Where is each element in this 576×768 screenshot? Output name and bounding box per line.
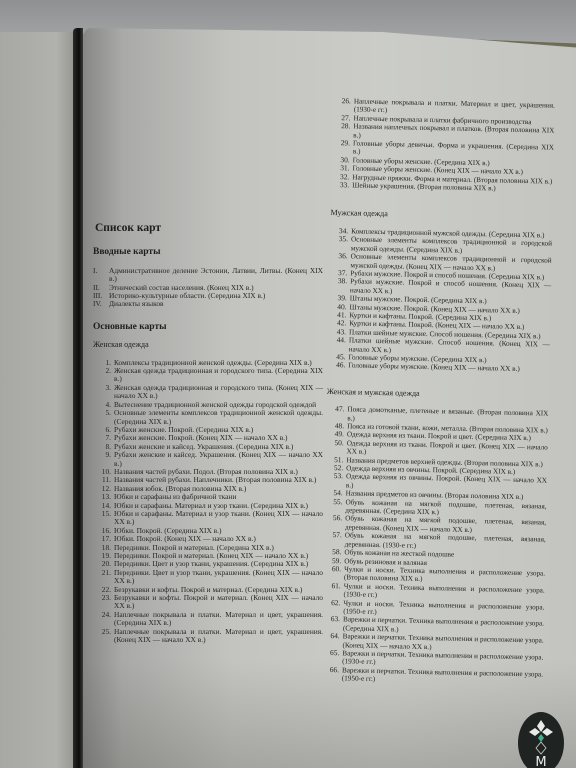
- item-number: 61.: [323, 582, 344, 591]
- subsection-heading-men: Мужская одежда: [330, 209, 552, 222]
- item-number: 29.: [332, 139, 353, 148]
- item-text: Основные элементы комплексов традиционно…: [114, 409, 323, 426]
- item-number: 2.: [93, 367, 114, 375]
- left-page: [0, 32, 80, 768]
- item-number: 50.: [326, 439, 347, 448]
- item-number: 26.: [333, 97, 354, 106]
- book-spine: [73, 28, 83, 768]
- item-number: 57.: [324, 531, 345, 540]
- women-list-part2: 26.Наплечные покрывала и платки. Материа…: [331, 97, 555, 194]
- item-number: 36.: [330, 252, 351, 261]
- svg-text:M: M: [535, 755, 546, 768]
- list-item: 15.Юбки и сарафаны. Материал и узор ткан…: [93, 510, 323, 527]
- section-heading-intro: Вводные карты: [93, 248, 323, 256]
- item-number: 64.: [322, 632, 343, 641]
- both-list: 47.Пояса домотканые, плетеные и вязаные.…: [321, 405, 549, 687]
- item-text: Женская одежда традиционная и городского…: [114, 384, 323, 401]
- right-column: 26.Наплечные покрывала и платки. Материа…: [320, 97, 555, 701]
- item-number: 55.: [324, 498, 345, 507]
- item-number: 33.: [331, 181, 352, 190]
- item-number: 9.: [93, 451, 114, 459]
- item-number: I.: [93, 267, 109, 275]
- item-number: 25.: [93, 628, 114, 636]
- list-item: IV.Диалекты языков: [93, 300, 323, 308]
- item-text: Безрукавки и кофты. Покрой и материал. (…: [114, 594, 323, 611]
- item-number: 28.: [332, 122, 353, 131]
- item-number: 53.: [325, 472, 346, 481]
- item-number: 47.: [326, 405, 347, 414]
- page-title: Список карт: [95, 224, 323, 232]
- item-text: Варежки и перчатки. Техника выполнения и…: [342, 666, 543, 687]
- list-item: 23.Безрукавки и кофты. Покрой и материал…: [93, 594, 323, 611]
- item-text: Административное деление Эстонии, Латвии…: [109, 267, 323, 284]
- item-number: 5.: [93, 409, 114, 417]
- subsection-heading-both: Женская и мужская одежда: [327, 388, 549, 401]
- list-item: 66.Варежки и перчатки. Техника выполнени…: [321, 666, 543, 687]
- item-text: Диалекты языков: [109, 300, 323, 308]
- watermark-logo: M: [518, 712, 564, 768]
- list-item: I.Административное деление Эстонии, Латв…: [93, 267, 323, 284]
- list-item: 2.Женская одежда традиционная и городско…: [93, 367, 323, 384]
- left-column: Список карт Вводные карты I.Администрати…: [93, 224, 323, 658]
- item-number: 15.: [93, 510, 114, 518]
- item-number: IV.: [93, 300, 109, 308]
- item-text: Юбки и сарафаны. Материал и узор ткани. …: [114, 510, 323, 527]
- item-number: 24.: [93, 611, 114, 619]
- subsection-heading-women: Женская одежда: [93, 341, 323, 349]
- item-text: Рубахи женские и кайсед. Украшения. (Кон…: [114, 451, 323, 468]
- item-number: 44.: [328, 336, 349, 345]
- women-list-part1: 1.Комплексы традиционной женской одежды.…: [93, 359, 323, 645]
- item-number: 62.: [322, 598, 343, 607]
- list-item: 9.Рубахи женские и кайсед. Украшения. (К…: [93, 451, 323, 468]
- item-number: 38.: [329, 277, 350, 286]
- list-item: 21.Передники. Цвет и узор ткани, украшен…: [93, 569, 323, 586]
- flower-logo-icon: M: [526, 718, 556, 768]
- item-text: Наплечные покрывала и платки. Материал и…: [114, 611, 323, 628]
- item-number: 21.: [93, 569, 114, 577]
- item-number: 3.: [93, 384, 114, 392]
- item-number: 63.: [322, 615, 343, 624]
- item-number: 60.: [323, 565, 344, 574]
- item-number: 66.: [321, 666, 342, 675]
- list-item: 24.Наплечные покрывала и платки. Материа…: [93, 611, 323, 628]
- list-item: 3.Женская одежда традиционная и городско…: [93, 384, 323, 401]
- men-list: 34.Комплексы традиционной мужской одежды…: [327, 227, 552, 375]
- item-text: Передники. Цвет и узор ткани, украшения.…: [114, 569, 323, 586]
- intro-list: I.Административное деление Эстонии, Латв…: [93, 267, 323, 309]
- list-item: 5.Основные элементы комплексов традицион…: [93, 409, 323, 426]
- item-number: 35.: [330, 235, 351, 244]
- item-number: 23.: [93, 594, 114, 602]
- item-number: 56.: [324, 514, 345, 523]
- item-number: 65.: [321, 649, 342, 658]
- item-number: 46.: [327, 361, 348, 370]
- item-text: Женская одежда традиционная и городского…: [114, 367, 323, 384]
- item-text: Наплечные покрывала и платки. Материал и…: [114, 628, 323, 645]
- section-heading-main: Основные карты: [93, 323, 323, 331]
- list-item: 25.Наплечные покрывала и платки. Материа…: [93, 628, 323, 645]
